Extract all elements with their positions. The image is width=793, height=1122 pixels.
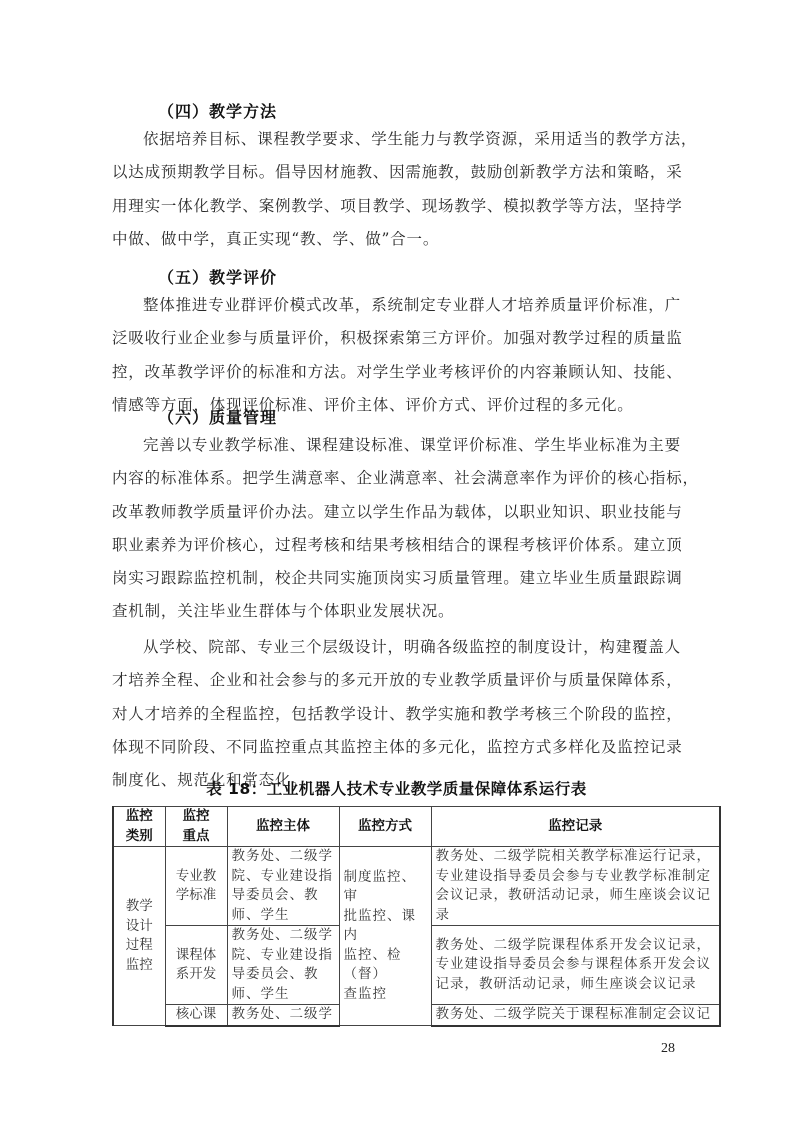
cell-subject: 教务处、二级学 院、专业建设指 导委员会、教 师、学生 — [227, 926, 339, 1005]
cell-focus: 专业教 学标准 — [165, 847, 227, 926]
text-line: 内容的标准体系。把学生满意率、企业满意率、社会满意率作为评价的核心指标， — [112, 462, 692, 495]
cell-record: 教务处、二级学院关于课程标准制定会议记 — [431, 1005, 720, 1026]
paragraph-quality-management: 完善以专业教学标准、课程建设标准、课堂评价标准、学生毕业标准为主要 内容的标准体… — [112, 429, 692, 629]
page-number: 28 — [661, 1041, 675, 1057]
quality-assurance-table: 监控 类别 监控 重点 监控主体 监控方式 监控记录 教学 设计 过程 监控 专… — [112, 806, 721, 1027]
text-line: 对人才培养的全程监控，包括教学设计、教学实施和教学考核三个阶段的监控， — [112, 698, 692, 731]
section-heading-teaching-methods: （四）教学方法 — [158, 99, 277, 122]
table-header-row: 监控 类别 监控 重点 监控主体 监控方式 监控记录 — [113, 807, 720, 847]
text-line: 改革教师教学质量评价办法。建立以学生作品为载体，以职业知识、职业技能与 — [112, 496, 692, 529]
header-focus: 监控 重点 — [165, 807, 227, 847]
cell-subject: 教务处、二级学 院、专业建设指 导委员会、教 师、学生 — [227, 847, 339, 926]
document-page: （四）教学方法 依据培养目标、课程教学要求、学生能力与教学资源，采用适当的教学方… — [0, 0, 793, 1122]
text-line: 查机制，关注毕业生群体与个体职业发展状况。 — [112, 595, 692, 628]
section-heading-teaching-evaluation: （五）教学评价 — [158, 265, 277, 288]
header-method: 监控方式 — [339, 807, 431, 847]
text-line: 才培养全程、企业和社会参与的多元开放的专业教学质量评价与质量保障体系， — [112, 664, 692, 697]
cell-subject: 教务处、二级学 — [227, 1005, 339, 1026]
text-line: 以达成预期教学目标。倡导因材施教、因需施教，鼓励创新教学方法和策略，采 — [112, 156, 692, 189]
text-line: 中做、做中学，真正实现“教、学、做”合一。 — [112, 223, 692, 256]
text-line: 从学校、院部、专业三个层级设计，明确各级监控的制度设计，构建覆盖人 — [112, 631, 692, 664]
cell-focus: 课程体 系开发 — [165, 926, 227, 1005]
text-line: 依据培养目标、课程教学要求、学生能力与教学资源，采用适当的教学方法， — [112, 123, 692, 156]
text-line: 岗实习跟踪监控机制，校企共同实施顶岗实习质量管理。建立毕业生质量跟踪调 — [112, 562, 692, 595]
text-line: 体现不同阶段、不同监控重点其监控主体的多元化，监控方式多样化及监控记录 — [112, 731, 692, 764]
text-line: 完善以专业教学标准、课程建设标准、课堂评价标准、学生毕业标准为主要 — [112, 429, 692, 462]
text-line: 控，改革教学评价的标准和方法。对学生学业考核评价的内容兼顾认知、技能、 — [112, 356, 692, 389]
section-heading-quality-management: （六）质量管理 — [158, 405, 277, 428]
header-category: 监控 类别 — [113, 807, 165, 847]
cell-record: 教务处、二级学院课程体系开发会议记录， 专业建设指导委员会参与课程体系开发会议 … — [431, 926, 720, 1005]
text-line: 泛吸收行业企业参与质量评价，积极探索第三方评价。加强对教学过程的质量监 — [112, 322, 692, 355]
header-subject: 监控主体 — [227, 807, 339, 847]
paragraph-teaching-evaluation: 整体推进专业群评价模式改革，系统制定专业群人才培养质量评价标准，广 泛吸收行业企… — [112, 289, 692, 422]
text-line: 职业素养为评价核心，过程考核和结果考核相结合的课程考核评价体系。建立顶 — [112, 529, 692, 562]
table-row: 教学 设计 过程 监控 专业教 学标准 教务处、二级学 院、专业建设指 导委员会… — [113, 847, 720, 926]
cell-focus: 核心课 — [165, 1005, 227, 1026]
header-record: 监控记录 — [431, 807, 720, 847]
table-caption: 表 18：工业机器人技术专业教学质量保障体系运行表 — [0, 777, 793, 799]
text-line: 整体推进专业群评价模式改革，系统制定专业群人才培养质量评价标准，广 — [112, 289, 692, 322]
cell-record: 教务处、二级学院相关教学标准运行记录， 专业建设指导委员会参与专业教学标准制定 … — [431, 847, 720, 926]
cell-category: 教学 设计 过程 监控 — [113, 847, 165, 1026]
paragraph-teaching-methods: 依据培养目标、课程教学要求、学生能力与教学资源，采用适当的教学方法， 以达成预期… — [112, 123, 692, 256]
paragraph-monitoring-system: 从学校、院部、专业三个层级设计，明确各级监控的制度设计，构建覆盖人 才培养全程、… — [112, 631, 692, 797]
cell-method: 制度监控、审 批监控、课内 监控、检（督） 查监控 — [339, 847, 431, 1026]
text-line: 用理实一体化教学、案例教学、项目教学、现场教学、模拟教学等方法，坚持学 — [112, 190, 692, 223]
